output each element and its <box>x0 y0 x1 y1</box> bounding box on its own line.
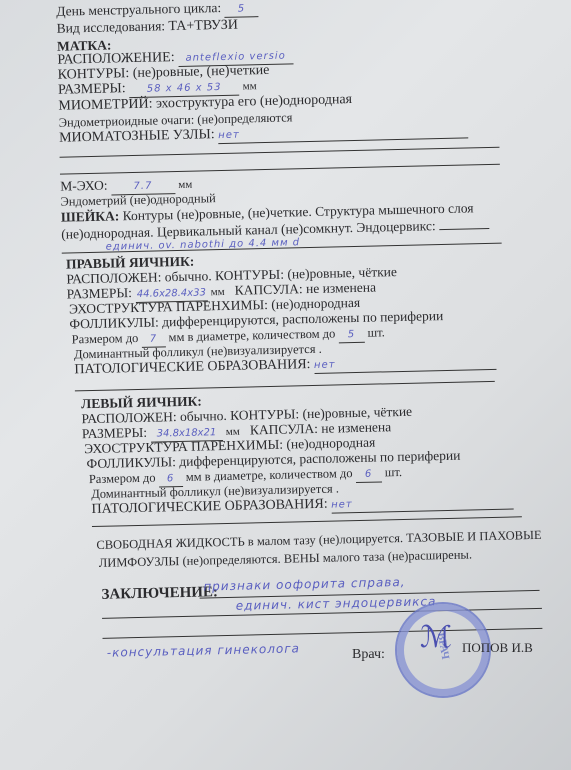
cervix-title: ШЕЙКА: <box>61 208 120 224</box>
conclusion-line1: признаки оофорита справа, <box>203 575 406 595</box>
blank-rule <box>60 164 500 175</box>
uterus-size-unit: мм <box>243 80 257 92</box>
blank-rule <box>75 381 495 392</box>
left-fsize-label: Размером до <box>89 471 156 487</box>
cycle-day-label: День менструального цикла: <box>56 0 221 19</box>
right-pathology-value: нет <box>314 354 496 374</box>
conclusion-label: ЗАКЛЮЧЕНИЕ: <box>101 585 218 603</box>
left-fcount-unit: шт. <box>385 465 403 479</box>
doctor-name: ПОПОВ И.В <box>462 640 533 655</box>
m-echo-label: М-ЭХО: <box>60 178 108 194</box>
myoma-label: МИОМАТОЗНЫЕ УЗЛЫ: <box>59 127 215 146</box>
uterus-size-label: РАЗМЕРЫ: <box>58 81 126 98</box>
left-pathology-value: нет <box>331 493 513 513</box>
left-fcount-value: 6 <box>355 466 381 483</box>
m-echo-unit: мм <box>178 179 192 191</box>
right-fcount-value: 5 <box>338 327 364 344</box>
signature-icon: ℳ <box>420 620 452 655</box>
left-size-unit: мм <box>226 426 240 438</box>
blank-rule <box>92 516 522 527</box>
exam-type-value: ТА+ТВУЗИ <box>168 18 238 35</box>
myoma-value: нет <box>218 122 468 144</box>
right-fcount-unit: шт. <box>367 325 385 339</box>
right-size-unit: мм <box>211 286 225 298</box>
right-fsize-label: Размером до <box>72 331 139 347</box>
endocervix-blank <box>439 216 489 230</box>
left-size-label: РАЗМЕРЫ: <box>82 425 148 441</box>
conclusion-line3: -консультация гинеколога <box>107 641 300 660</box>
blank-rule <box>60 147 500 158</box>
exam-type-label: Вид исследования: <box>56 18 165 35</box>
doctor-label: Врач: <box>352 647 385 662</box>
pelvis-line1: СВОБОДНАЯ ЖИДКОСТЬ в малом тазу (не)лоци… <box>96 528 542 553</box>
right-size-label: РАЗМЕРЫ: <box>67 285 133 301</box>
exam-type-line: Вид исследования: ТА+ТВУЗИ <box>56 17 238 37</box>
cycle-day-value: 5 <box>224 1 258 18</box>
